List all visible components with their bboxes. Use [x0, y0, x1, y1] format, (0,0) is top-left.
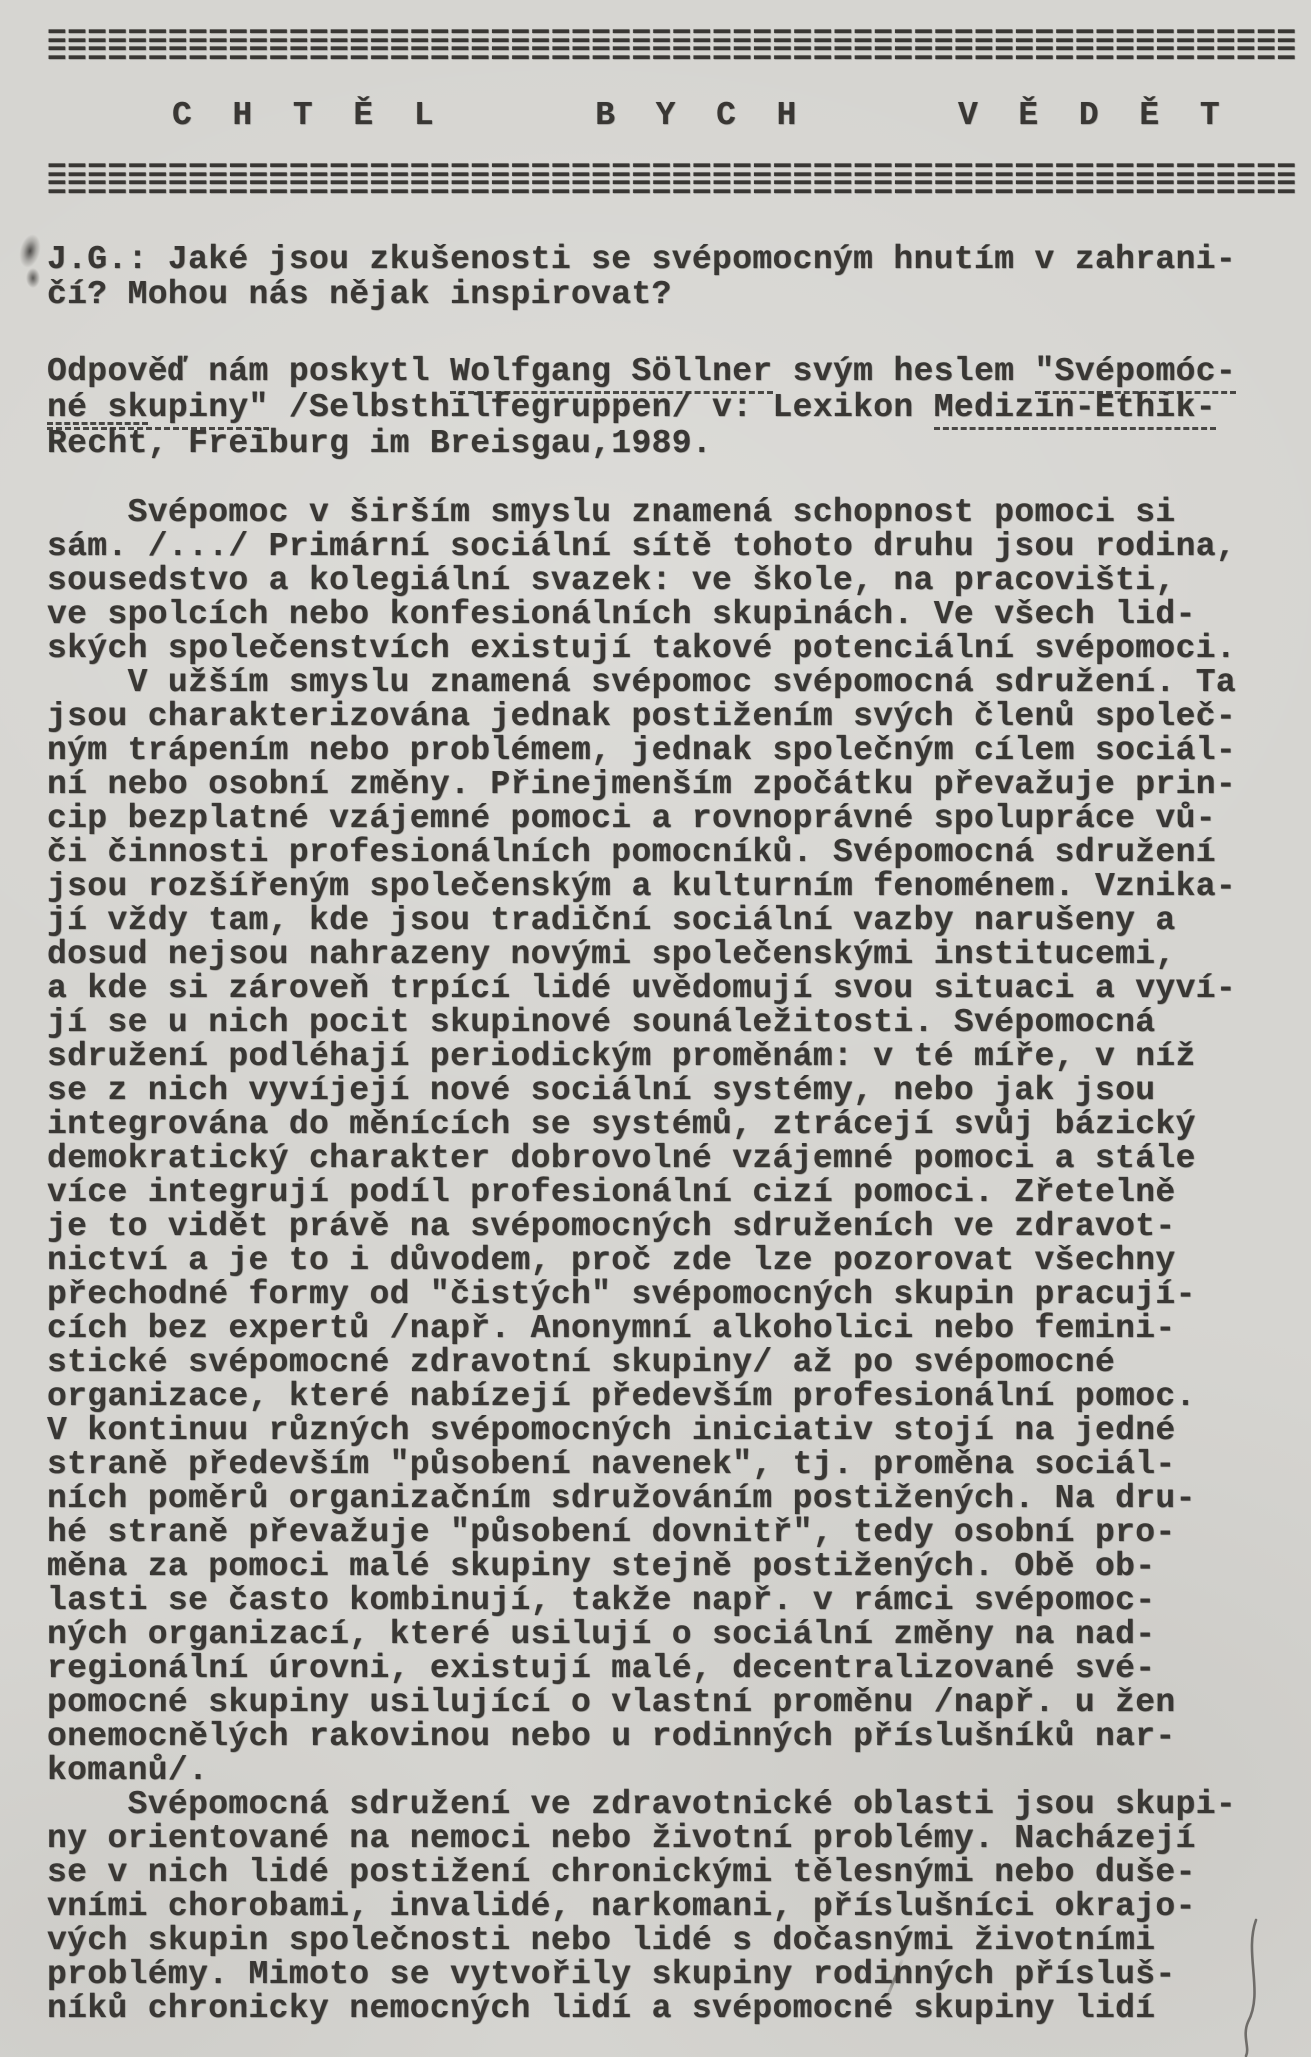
- page-title: C H T Ě L B Y C H V Ě D Ě T: [172, 94, 1311, 138]
- citation-paragraph: Odpověď nám poskytl Wolfgang Söllner svý…: [47, 354, 1311, 462]
- left-margin-ink-smudge-small: [26, 268, 40, 288]
- top-double-rule: ========================================…: [47, 0, 1311, 64]
- body-paragraph: Svépomoc v širším smyslu znamená schopno…: [47, 496, 1311, 2026]
- title-bottom-double-rule: ========================================…: [47, 164, 1311, 198]
- question-paragraph: J.G.: Jaké jsou zkušenosti se svépomocný…: [47, 242, 1311, 312]
- pen-stroke-mark: [1234, 1918, 1274, 2057]
- scanned-typewritten-page: ========================================…: [0, 0, 1311, 2057]
- left-margin-ink-smudge: [16, 232, 44, 270]
